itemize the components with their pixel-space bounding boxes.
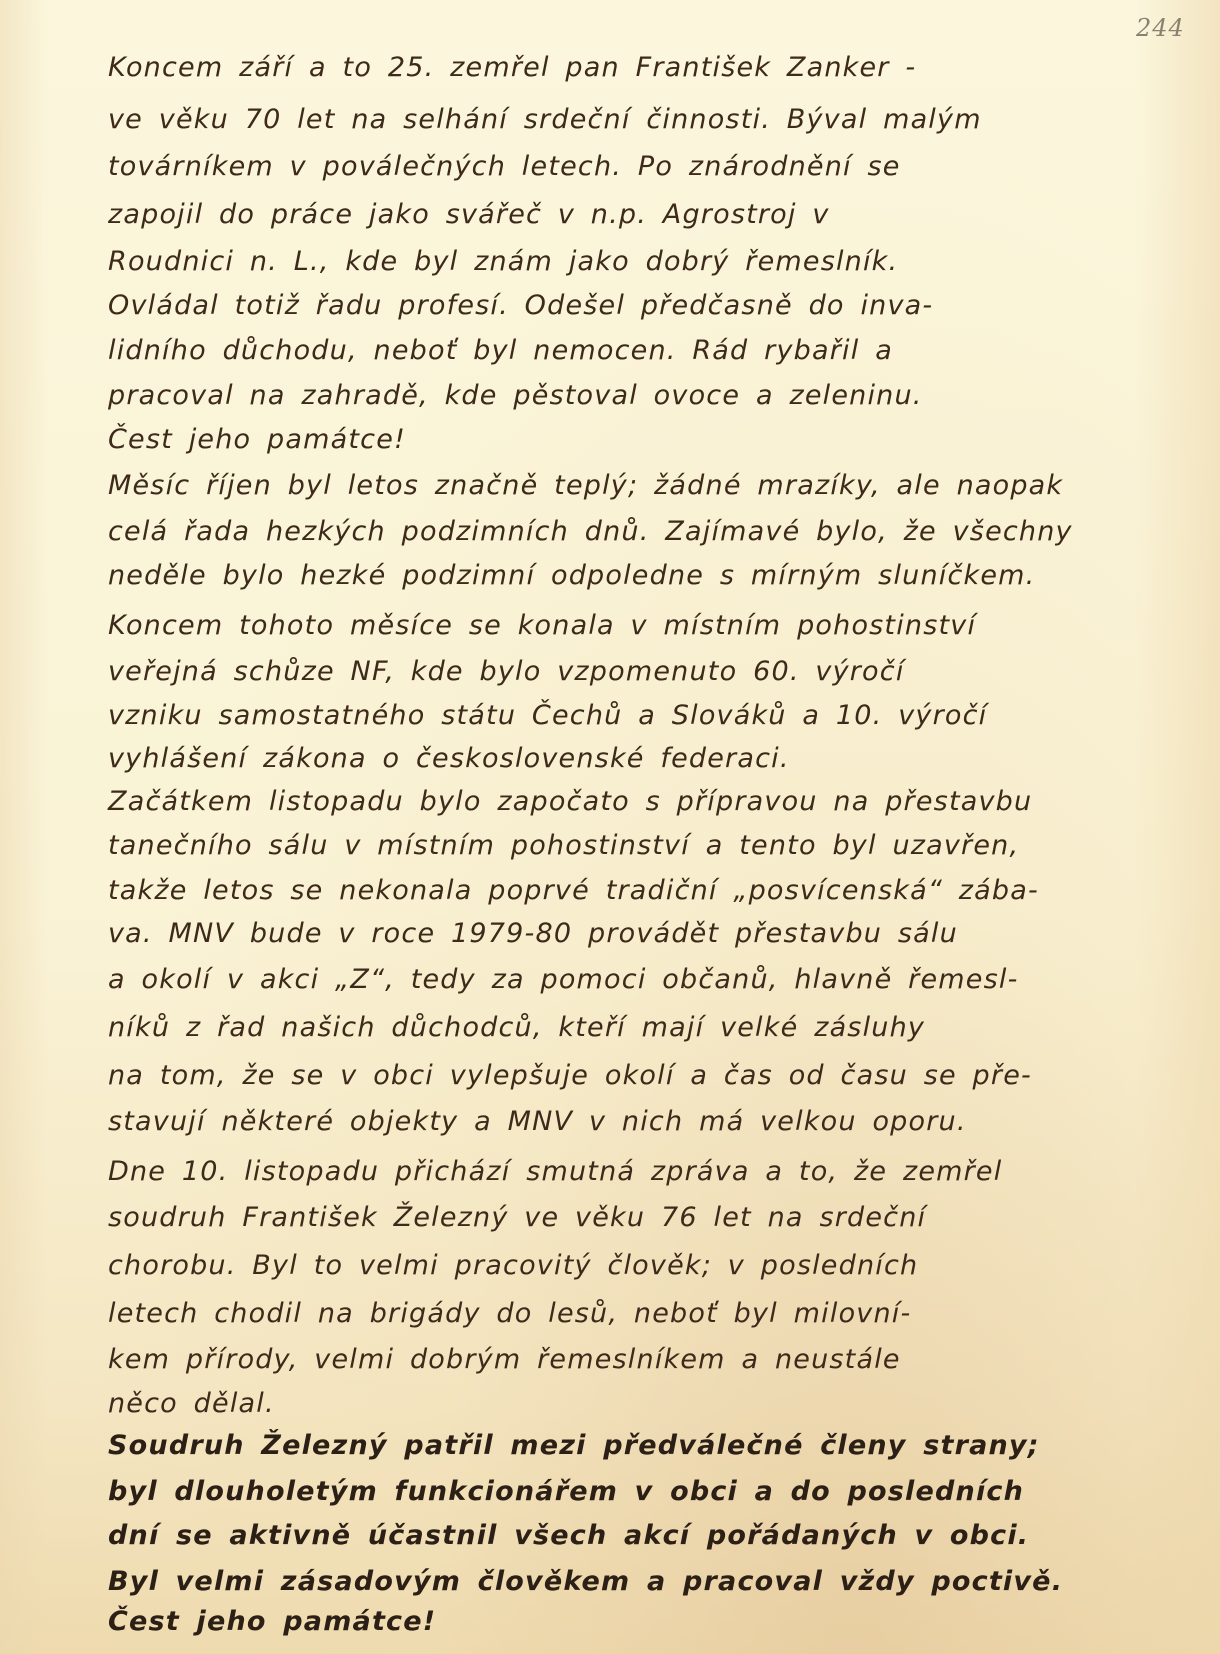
text-line: takže letos se nekonala poprvé tradiční …	[108, 875, 1039, 906]
text-line: níků z řad našich důchodců, kteří mají v…	[108, 1012, 925, 1043]
text-line: Koncem tohoto měsíce se konala v místním…	[108, 610, 976, 641]
text-line: Soudruh Železný patřil mezi předválečné …	[108, 1430, 1040, 1461]
text-line: a okolí v akci „Z“, tedy za pomoci občan…	[108, 964, 1019, 995]
text-line: vyhlášení zákona o československé federa…	[108, 743, 790, 774]
text-line: Čest jeho památce!	[108, 424, 406, 455]
text-line: Začátkem listopadu bylo započato s přípr…	[108, 786, 1032, 817]
text-line: ve věku 70 let na selhání srdeční činnos…	[108, 104, 982, 135]
text-line: Dne 10. listopadu přichází smutná zpráva…	[108, 1156, 1002, 1187]
text-line: chorobu. Byl to velmi pracovitý člověk; …	[108, 1250, 918, 1281]
text-line: neděle bylo hezké podzimní odpoledne s m…	[108, 560, 1035, 591]
text-line: něco dělal.	[108, 1388, 275, 1419]
text-line: veřejná schůze NF, kde bylo vzpomenuto 6…	[108, 656, 905, 687]
text-line: Roudnici n. L., kde byl znám jako dobrý …	[108, 246, 898, 277]
handwritten-chronicle-page: 244 Koncem září a to 25. zemřel pan Fran…	[0, 0, 1220, 1654]
text-line: stavují některé objekty a MNV v nich má …	[108, 1106, 967, 1137]
text-line: Měsíc říjen byl letos značně teplý; žádn…	[108, 470, 1063, 501]
text-line: Koncem září a to 25. zemřel pan Františe…	[108, 52, 916, 83]
text-line: kem přírody, velmi dobrým řemeslníkem a …	[108, 1344, 901, 1375]
text-line: tanečního sálu v místním pohostinství a …	[108, 830, 1019, 861]
text-line: zapojil do práce jako svářeč v n.p. Agro…	[108, 199, 830, 230]
text-line: Ovládal totiž řadu profesí. Odešel předč…	[108, 290, 933, 321]
page-number: 244	[1136, 14, 1185, 42]
text-line: vzniku samostatného státu Čechů a Slovák…	[108, 700, 987, 731]
text-line: pracoval na zahradě, kde pěstoval ovoce …	[108, 380, 923, 411]
text-line: Byl velmi zásadovým člověkem a pracoval …	[108, 1566, 1063, 1597]
text-line: byl dlouholetým funkcionářem v obci a do…	[108, 1476, 1024, 1507]
text-line: Čest jeho památce!	[108, 1606, 436, 1637]
text-line: soudruh František Železný ve věku 76 let…	[108, 1202, 926, 1233]
text-line: letech chodil na brigády do lesů, neboť …	[108, 1298, 911, 1329]
text-line: na tom, že se v obci vylepšuje okolí a č…	[108, 1060, 1032, 1091]
text-line: celá řada hezkých podzimních dnů. Zajíma…	[108, 516, 1073, 547]
text-line: va. MNV bude v roce 1979-80 provádět pře…	[108, 918, 958, 949]
text-line: dní se aktivně účastnil všech akcí pořád…	[108, 1520, 1029, 1551]
text-line: lidního důchodu, neboť byl nemocen. Rád …	[108, 335, 893, 366]
text-line: továrníkem v poválečných letech. Po znár…	[108, 151, 901, 182]
